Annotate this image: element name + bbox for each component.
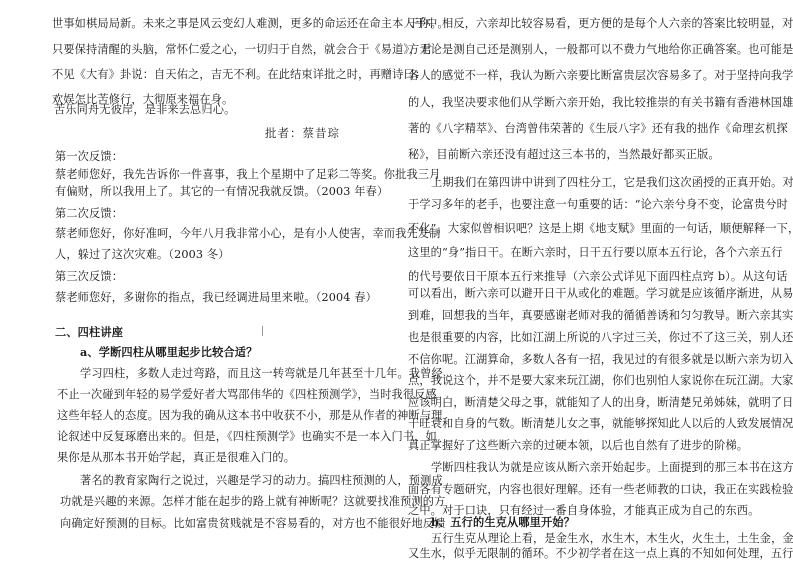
body-line: 著的《八字精萃》、台湾曾伟荣著的《生辰八字》还有我的拙作《命理玄机探: [408, 122, 788, 136]
body-line: 学断四柱我认为就是应该从断六亲开始起步。上面提到的那三本书在这方: [431, 461, 793, 475]
body-line: 于你。相反，六亲却比较容易看，更方便的是每个人六亲的答案比较明显，对: [408, 17, 793, 31]
body-line: 各人的感觉不一样，我认为断六亲要比断富贵层次容易多了。对于坚持向我学: [408, 69, 793, 83]
body-line: 学习四柱，多数人走过弯路，而且这一转弯就是几年甚至十几年。我曾经: [80, 367, 443, 381]
body-line: 点，我说这个，并不是要大家来玩江湖，你们也别怕人家说你在玩江湖。大家: [408, 374, 793, 388]
section-title: 二、四柱讲座: [55, 325, 123, 339]
body-line: 这些年轻人的态度。因为我的确从这本书中收获不小，那是从作者的神断与理: [57, 409, 442, 423]
poem-line: 苦乐同舟无彼岸，是非来去总归心。: [54, 103, 235, 117]
feedback-line: 人，躲过了这次灾难。（2003 冬）: [55, 248, 230, 262]
body-line: 于学习多年的老手，也要注意一句重要的话：“论六亲兮身不变，论富贵兮时: [408, 198, 788, 212]
feedback-heading: 第二次反馈：: [55, 207, 123, 221]
subsection-b-title: b、五行的生克从哪里开始？: [431, 515, 575, 529]
feedback-line: 蔡老师您好，多谢你的指点，我已经调进局里来啦。（2004 春）: [55, 291, 377, 305]
feedback-line: 蔡老师您好，我先告诉你一件喜事，我上个星期中了足彩二等奖。你批我三月: [55, 168, 440, 182]
closing-line: 只要保持清醒的头脑，常怀仁爱之心，一切归于自然，就会合于《易道》，君: [52, 43, 432, 57]
body-line: 干旺衰和自身的气数。断清楚儿女之事，就能够探知此人以后的人致发展情况。: [408, 417, 793, 431]
body-line: 这里的“身”指日干。在断六亲时，日干五行要以原本五行论，各个六亲五行: [408, 246, 783, 260]
body-line: 方无论是测自己还是测别人，一般都可以不费力气地给你正确答案。也可能是: [408, 43, 793, 57]
subsection-a-title: a、学断四柱从哪里起步比较合适？: [80, 345, 257, 359]
left-page: 世事如棋局局新。未来之事是风云变幻人难测，更多的命运还在命主本人手中。 只要保持…: [0, 0, 400, 561]
feedback-heading: 第一次反馈：: [55, 150, 123, 164]
body-line: 上期我们在第四讲中讲到了四柱分工，它是我们这次函授的正真开始。对: [431, 176, 793, 190]
body-line: 功就是兴趣的来源。怎样才能在起步的路上就有神断呢？这就要找准预测的方: [60, 495, 445, 509]
feedback-line: 有偏财，所以我用上了。其它的一有情况我就反馈。（2003 年春）: [55, 185, 388, 199]
closing-line: 世事如棋局局新。未来之事是风云变幻人难测，更多的命运还在命主本人手中。: [52, 17, 449, 31]
body-line: 可以看出，断六亲可以避开日干从或化的难题。学习就是应该循序渐进，从易: [408, 287, 793, 301]
scan-mark: [262, 326, 263, 336]
feedback-line: 蔡老师您好，你好准呵，今年八月我非常小心，是有小人使害，幸而我先发制: [55, 227, 440, 241]
body-line: 的人，我坚决要求他们从学断六亲开始，我比较推崇的有关书籍有香港林国雄: [408, 96, 793, 110]
body-line: 五行生克从理论上看，是金生水，水生木，木生火，火生土，土生金，金: [431, 532, 793, 546]
body-line: 应该明白，断清楚父母之事，就能知了人的出身，断清楚兄弟姊妹，就明了日: [408, 396, 793, 410]
body-line: 也是很重要的内容，比如江湖上所说的八字过三关，你过不了这三关，别人还: [408, 331, 793, 345]
body-line: 论叙述中反复琢磨出来的。但是，《四柱预测学》也确实不是一本入门书，如: [57, 430, 437, 444]
body-line: 秘》，目前断六亲还没有超过这三本书的，当然最好都买正版。: [408, 148, 720, 162]
body-line: 面各有专题研究，内容也很好理解。还有一些老师教的口诀，我正在实践检验: [408, 483, 793, 497]
right-page: 于你。相反，六亲却比较容易看，更方便的是每个人六亲的答案比较明显，对 方无论是测…: [400, 0, 793, 561]
body-line: 不信你呢。江湖算命，多数人各有一招，我见过的有很多就是以断六亲为切入: [408, 353, 793, 367]
body-line: 不止一次碰到年轻的易学爱好者大骂邵伟华的《四柱预测学》，当时我很反感: [57, 388, 437, 402]
body-line: 又生水，似乎无限制的循环。不少初学者在这一点上真的不知如何处理，五行: [408, 547, 793, 561]
body-line: 真正掌握好了这些断六亲的过硬本领，以后也自然有了进步的阶梯。: [408, 439, 748, 453]
body-line: 到难，回想我的当年，真要感谢老师对我的循循善诱和匀匀教导。断六亲其实: [408, 309, 793, 323]
body-line: 不化”。大家似曾相识吧？这是上期《地支赋》里面的一句话，顺便解释一下，: [408, 222, 793, 236]
body-line: 的代号要依日干原本五行来推导（六亲公式详见下面四柱点窍 b）。从这句话: [408, 270, 788, 284]
closing-line: 不见《大有》卦说：自天佑之，吉无不利。在此结束详批之时，再赠诗曰：: [52, 68, 426, 82]
body-line: 著名的教育家陶行之说过，兴趣是学习的动力。搞四柱预测的人，预测成: [80, 474, 443, 488]
signature: 批者：蔡昔琮: [265, 126, 340, 140]
body-line: 向确定好预测的目标。比如富贵贫贱就是不容易看的，对方也不能很好地反馈: [60, 517, 445, 531]
body-line: 果你是从那本书开始学起，真正是很难入门的。: [57, 451, 295, 465]
feedback-heading: 第三次反馈：: [55, 270, 123, 284]
